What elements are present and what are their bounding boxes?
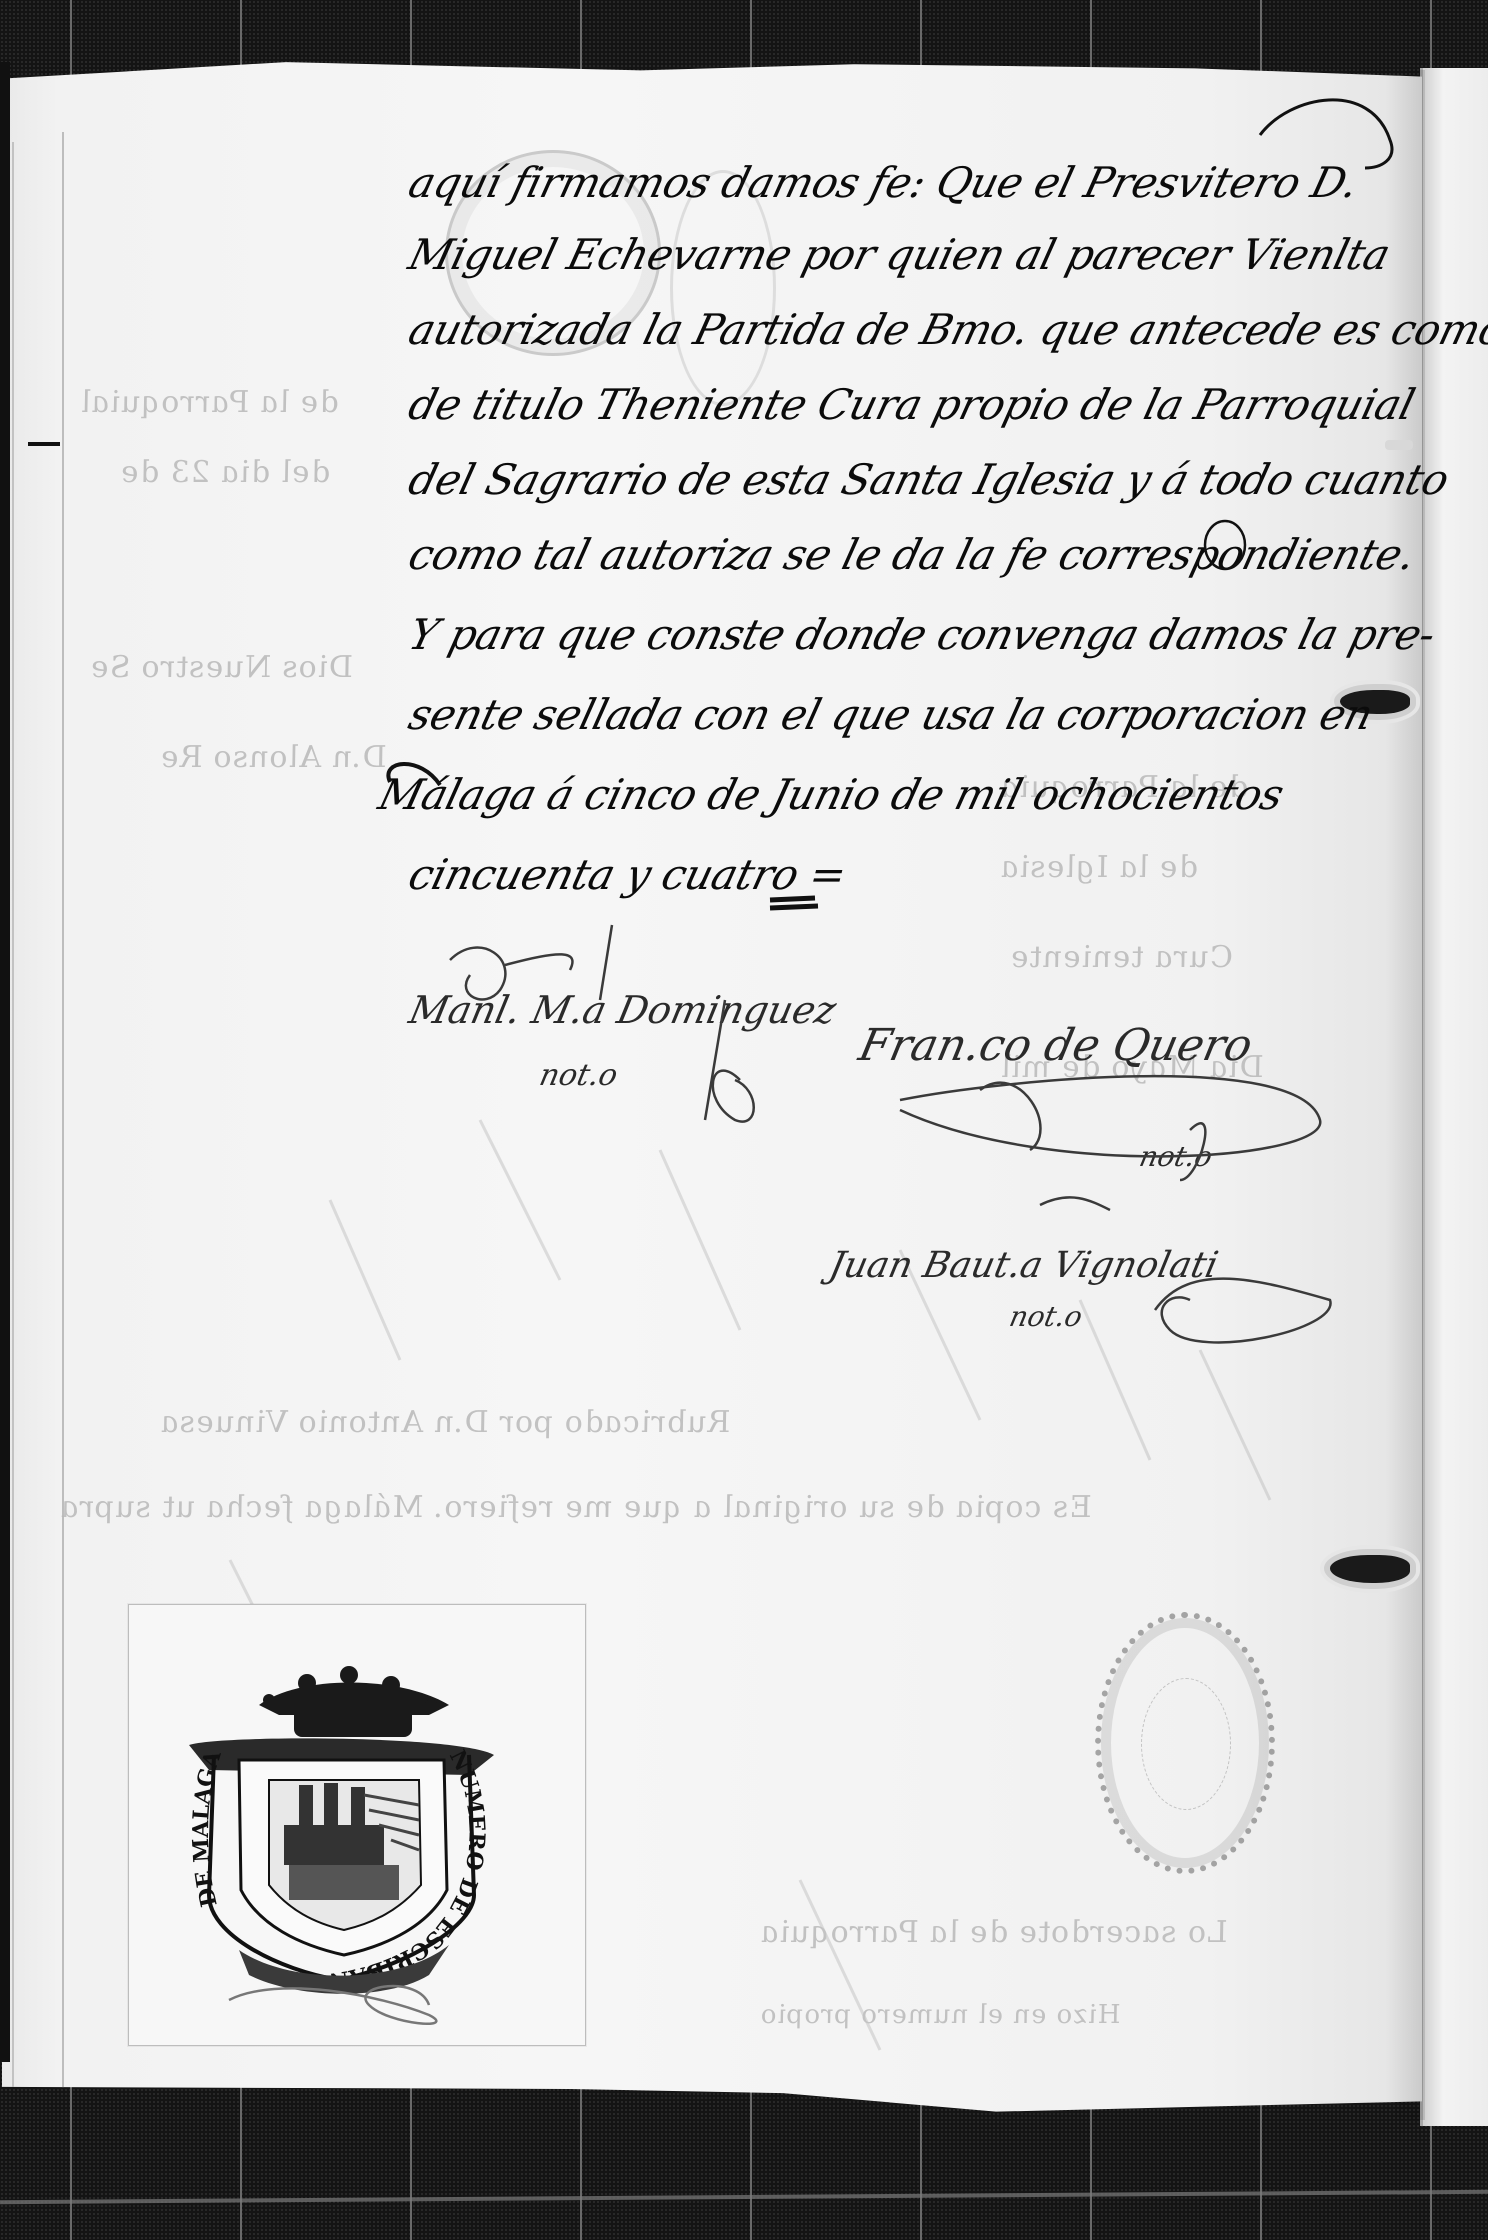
stamp-text-left: DE MALAGA (188, 1747, 227, 1910)
svg-text:DE MALAGA: DE MALAGA (188, 1747, 227, 1910)
round-ink-seal (1095, 1612, 1275, 1874)
seal-inner-ring (1141, 1678, 1231, 1810)
notarial-stamp-paper: DE MALAGA NUMERO DE ESCRIBANOS (128, 1604, 586, 2046)
escribanos-coat-of-arms-icon: DE MALAGA NUMERO DE ESCRIBANOS (129, 1605, 585, 2045)
